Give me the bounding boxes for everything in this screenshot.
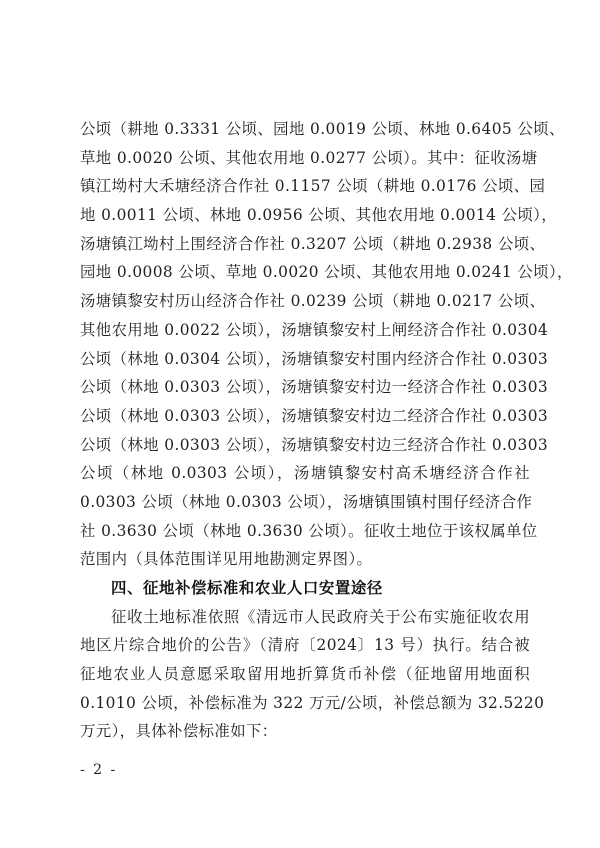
text-line: 其他农用地 0.0022 公顷），汤塘镇黎安村上闸经济合作社 0.0304 xyxy=(80,316,530,345)
text-line: 公顷（耕地 0.3331 公顷、园地 0.0019 公顷、林地 0.6405 公… xyxy=(80,115,530,144)
text-line: 0.0303 公顷（林地 0.0303 公顷），汤塘镇围镇村围仔经济合作 xyxy=(80,488,530,517)
text-line: 公顷（林地 0.0303 公顷），汤塘镇黎安村高禾塘经济合作社 xyxy=(80,459,530,488)
text-line: 公顷（林地 0.0304 公顷），汤塘镇黎安村围内经济合作社 0.0303 xyxy=(80,345,530,374)
text-line: 范围内（具体范围详见用地勘测定界图）。 xyxy=(80,545,530,574)
text-line: 地区片综合地价的公告》（清府〔2024〕13 号）执行。结合被 xyxy=(80,631,530,660)
section-heading: 四、征地补偿标准和农业人口安置途径 xyxy=(80,574,530,603)
text-line: 万元），具体补偿标准如下： xyxy=(80,717,530,746)
text-line: 社 0.3630 公顷（林地 0.3630 公顷）。征收土地位于该权属单位 xyxy=(80,517,530,546)
document-page: 公顷（耕地 0.3331 公顷、园地 0.0019 公顷、林地 0.6405 公… xyxy=(0,0,600,848)
text-line: 公顷（林地 0.0303 公顷），汤塘镇黎安村边一经济合作社 0.0303 xyxy=(80,373,530,402)
text-line: 镇江坳村大禾塘经济合作社 0.1157 公顷（耕地 0.0176 公顷、园 xyxy=(80,172,530,201)
text-line: 园地 0.0008 公顷、草地 0.0020 公顷、其他农用地 0.0241 公… xyxy=(80,258,530,287)
text-line: 草地 0.0020 公顷、其他农用地 0.0277 公顷）。其中：征收汤塘 xyxy=(80,144,530,173)
paragraph-compensation-standard: 征收土地标准依照《清远市人民政府关于公布实施征收农用 地区片综合地价的公告》（清… xyxy=(80,603,530,746)
text-line: 地 0.0011 公顷、林地 0.0956 公顷、其他农用地 0.0014 公顷… xyxy=(80,201,530,230)
text-line: 征地农业人员意愿采取留用地折算货币补偿（征地留用地面积 xyxy=(80,660,530,689)
text-line: 汤塘镇江坳村上围经济合作社 0.3207 公顷（耕地 0.2938 公顷、 xyxy=(80,230,530,259)
text-line: 公顷（林地 0.0303 公顷），汤塘镇黎安村边二经济合作社 0.0303 xyxy=(80,402,530,431)
document-body: 公顷（耕地 0.3331 公顷、园地 0.0019 公顷、林地 0.6405 公… xyxy=(80,115,530,746)
text-line: 汤塘镇黎安村历山经济合作社 0.0239 公顷（耕地 0.0217 公顷、 xyxy=(80,287,530,316)
text-line: 征收土地标准依照《清远市人民政府关于公布实施征收农用 xyxy=(80,603,530,632)
page-number: - 2 - xyxy=(80,760,117,780)
paragraph-land-acquisition-details: 公顷（耕地 0.3331 公顷、园地 0.0019 公顷、林地 0.6405 公… xyxy=(80,115,530,574)
text-line: 公顷（林地 0.0303 公顷），汤塘镇黎安村边三经济合作社 0.0303 xyxy=(80,431,530,460)
text-line: 0.1010 公顷，补偿标准为 322 万元/公顷，补偿总额为 32.5220 xyxy=(80,689,530,718)
